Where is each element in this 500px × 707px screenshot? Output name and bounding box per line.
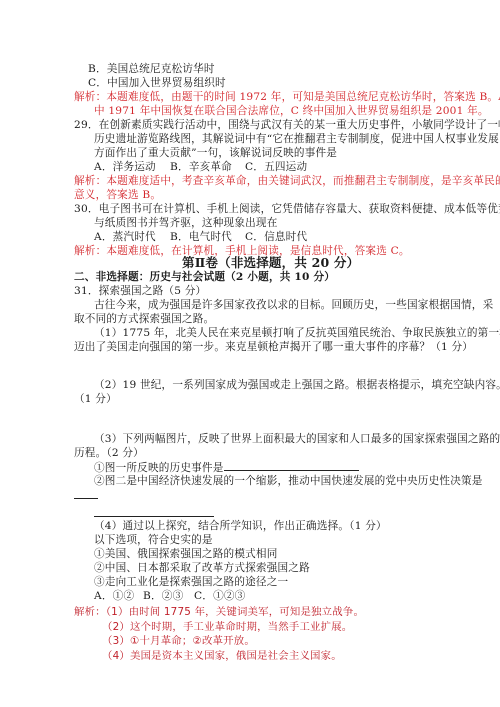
answer-blank-2a[interactable] <box>74 488 98 499</box>
q31-part4-line-1: （4）通过以上探究，结合所学知识，作出正确选择。（1 分） <box>94 519 387 533</box>
q31-part3-question-1: ①图一所反映的历史事件是 <box>94 460 359 475</box>
q31-part1-line-1: （1）1775 年，北美人民在来克星顿打响了反抗英国殖民统治、争取民族独立的第一… <box>94 326 500 340</box>
q28-option-c: C．中国加入世界贸易组织时 <box>88 76 226 90</box>
q29-stem-line-2: 历史遗址游览路线图，其解说词中有“它在推翻君主专制制度，促进中国人权事业发展 <box>94 132 499 146</box>
q31-intro-line-1: 古往今来，成为强国是许多国家孜孜以求的目标。回顾历史，一些国家根据国情，采 <box>94 298 493 312</box>
q29-stem-line-1: 29．在创新素质实践行活动中，围绕与武汉有关的某一重大历史事件，小敏同学设计了一… <box>74 118 500 132</box>
exam-page: B．美国总统尼克松访华时 C．中国加入世界贸易组织时 解析：本题难度低，由题干的… <box>0 0 500 707</box>
section-2-title: 第Ⅱ卷（非选择题，共 20 分） <box>182 256 359 270</box>
q29-analysis-line-2: 意义，答案选 B。 <box>74 188 161 202</box>
q31-part3-line-1: （3）下列两幅图片，反映了世界上面积最大的国家和人口最多的国家探索强国之路的 <box>94 432 500 446</box>
q31-heading: 31．探索强国之路（5 分） <box>74 284 206 298</box>
q31-part4-statement-2: ②中国、日本都采取了改革方式探索强国之路 <box>94 561 310 575</box>
q31-part4-statement-3: ③走向工业化是探索强国之路的途径之一 <box>94 575 288 589</box>
section-2-subtitle: 二、非选择题：历史与社会试题（2 小题，共 10 分） <box>74 270 335 284</box>
final-analysis-line-1: 解析：（1）由时间 1775 年，关键词美军，可知是独立战争。 <box>74 605 364 619</box>
q29-stem-line-3: 方面作出了重大贡献”一句，该解说词反映的事件是 <box>94 146 337 160</box>
q30-option-a: A．蒸汽时代 <box>94 230 156 244</box>
q28-option-b: B．美国总统尼克松访华时 <box>88 62 215 76</box>
q31-option-c: C．①②③ <box>194 589 245 603</box>
q29-option-a: A．洋务运动 <box>94 160 156 174</box>
q31-part1-line-2: 迈出了美国走向强国的第一步。来克星顿枪声揭开了哪一重大事件的序幕？（1 分） <box>74 340 473 354</box>
q29-option-c: C．五四运动 <box>245 160 307 174</box>
q31-part3-question-1-text: ①图一所反映的历史事件是 <box>94 462 224 474</box>
q31-intro-line-2: 取不同的方式探索强国之路。 <box>74 312 214 326</box>
q31-option-a: A．①② <box>94 589 134 603</box>
q30-stem-line-1: 30．电子图书可在计算机、手机上阅读，它凭借储存容量大、获取资料便捷、成本低等优… <box>74 202 500 216</box>
q30-stem-line-2: 与纸质图书并驾齐驱，这种现象出现在 <box>94 216 278 230</box>
q30-option-c: C．信息时代 <box>245 230 307 244</box>
q31-part3-question-2: ②图二是中国经济快速发展的一个缩影，推动中国快速发展的党中央历史性决策是 <box>94 474 483 488</box>
q28-analysis-line-2: 中 1971 年中国恢复在联合国合法席位，C 终中国加入世界贸易组织是 2001… <box>94 104 489 118</box>
q29-analysis-line-1: 解析：本题难度适中，考查辛亥革命，由关键词武汉，而推翻君主专制制度，是辛亥革民的 <box>74 174 500 188</box>
q31-part2-line-2: （1 分） <box>74 392 117 406</box>
final-analysis-line-2: （2）这个时期，手工业革命时期，当然手工业扩展。 <box>102 620 352 634</box>
answer-blank-1[interactable] <box>224 460 359 471</box>
final-analysis-line-3: （3）①十月革命；②改革开放。 <box>102 634 255 648</box>
q31-part3-line-2: 历程。（2 分） <box>74 446 144 460</box>
answer-blank-2b[interactable] <box>94 506 214 517</box>
q31-part4-line-2: 以下选项，符合史实的是 <box>94 533 213 547</box>
q31-option-b: B．②③ <box>143 589 183 603</box>
q30-option-b: B．电气时代 <box>170 230 232 244</box>
final-analysis-line-4: （4）美国是资本主义国家，俄国是社会主义国家。 <box>102 649 342 663</box>
q31-part2-line-1: （2）19 世纪，一系列国家成为强国或走上强国之路。根据表格提示，填充空缺内容。 <box>94 378 500 392</box>
q31-part4-statement-1: ①美国、俄国探索强国之路的模式相同 <box>94 547 278 561</box>
q29-option-b: B．辛亥革命 <box>170 160 232 174</box>
q28-analysis-line-1: 解析：本题难度低，由题干的时间 1972 年，可知是美国总统尼克松访华时，答案选… <box>74 90 500 104</box>
